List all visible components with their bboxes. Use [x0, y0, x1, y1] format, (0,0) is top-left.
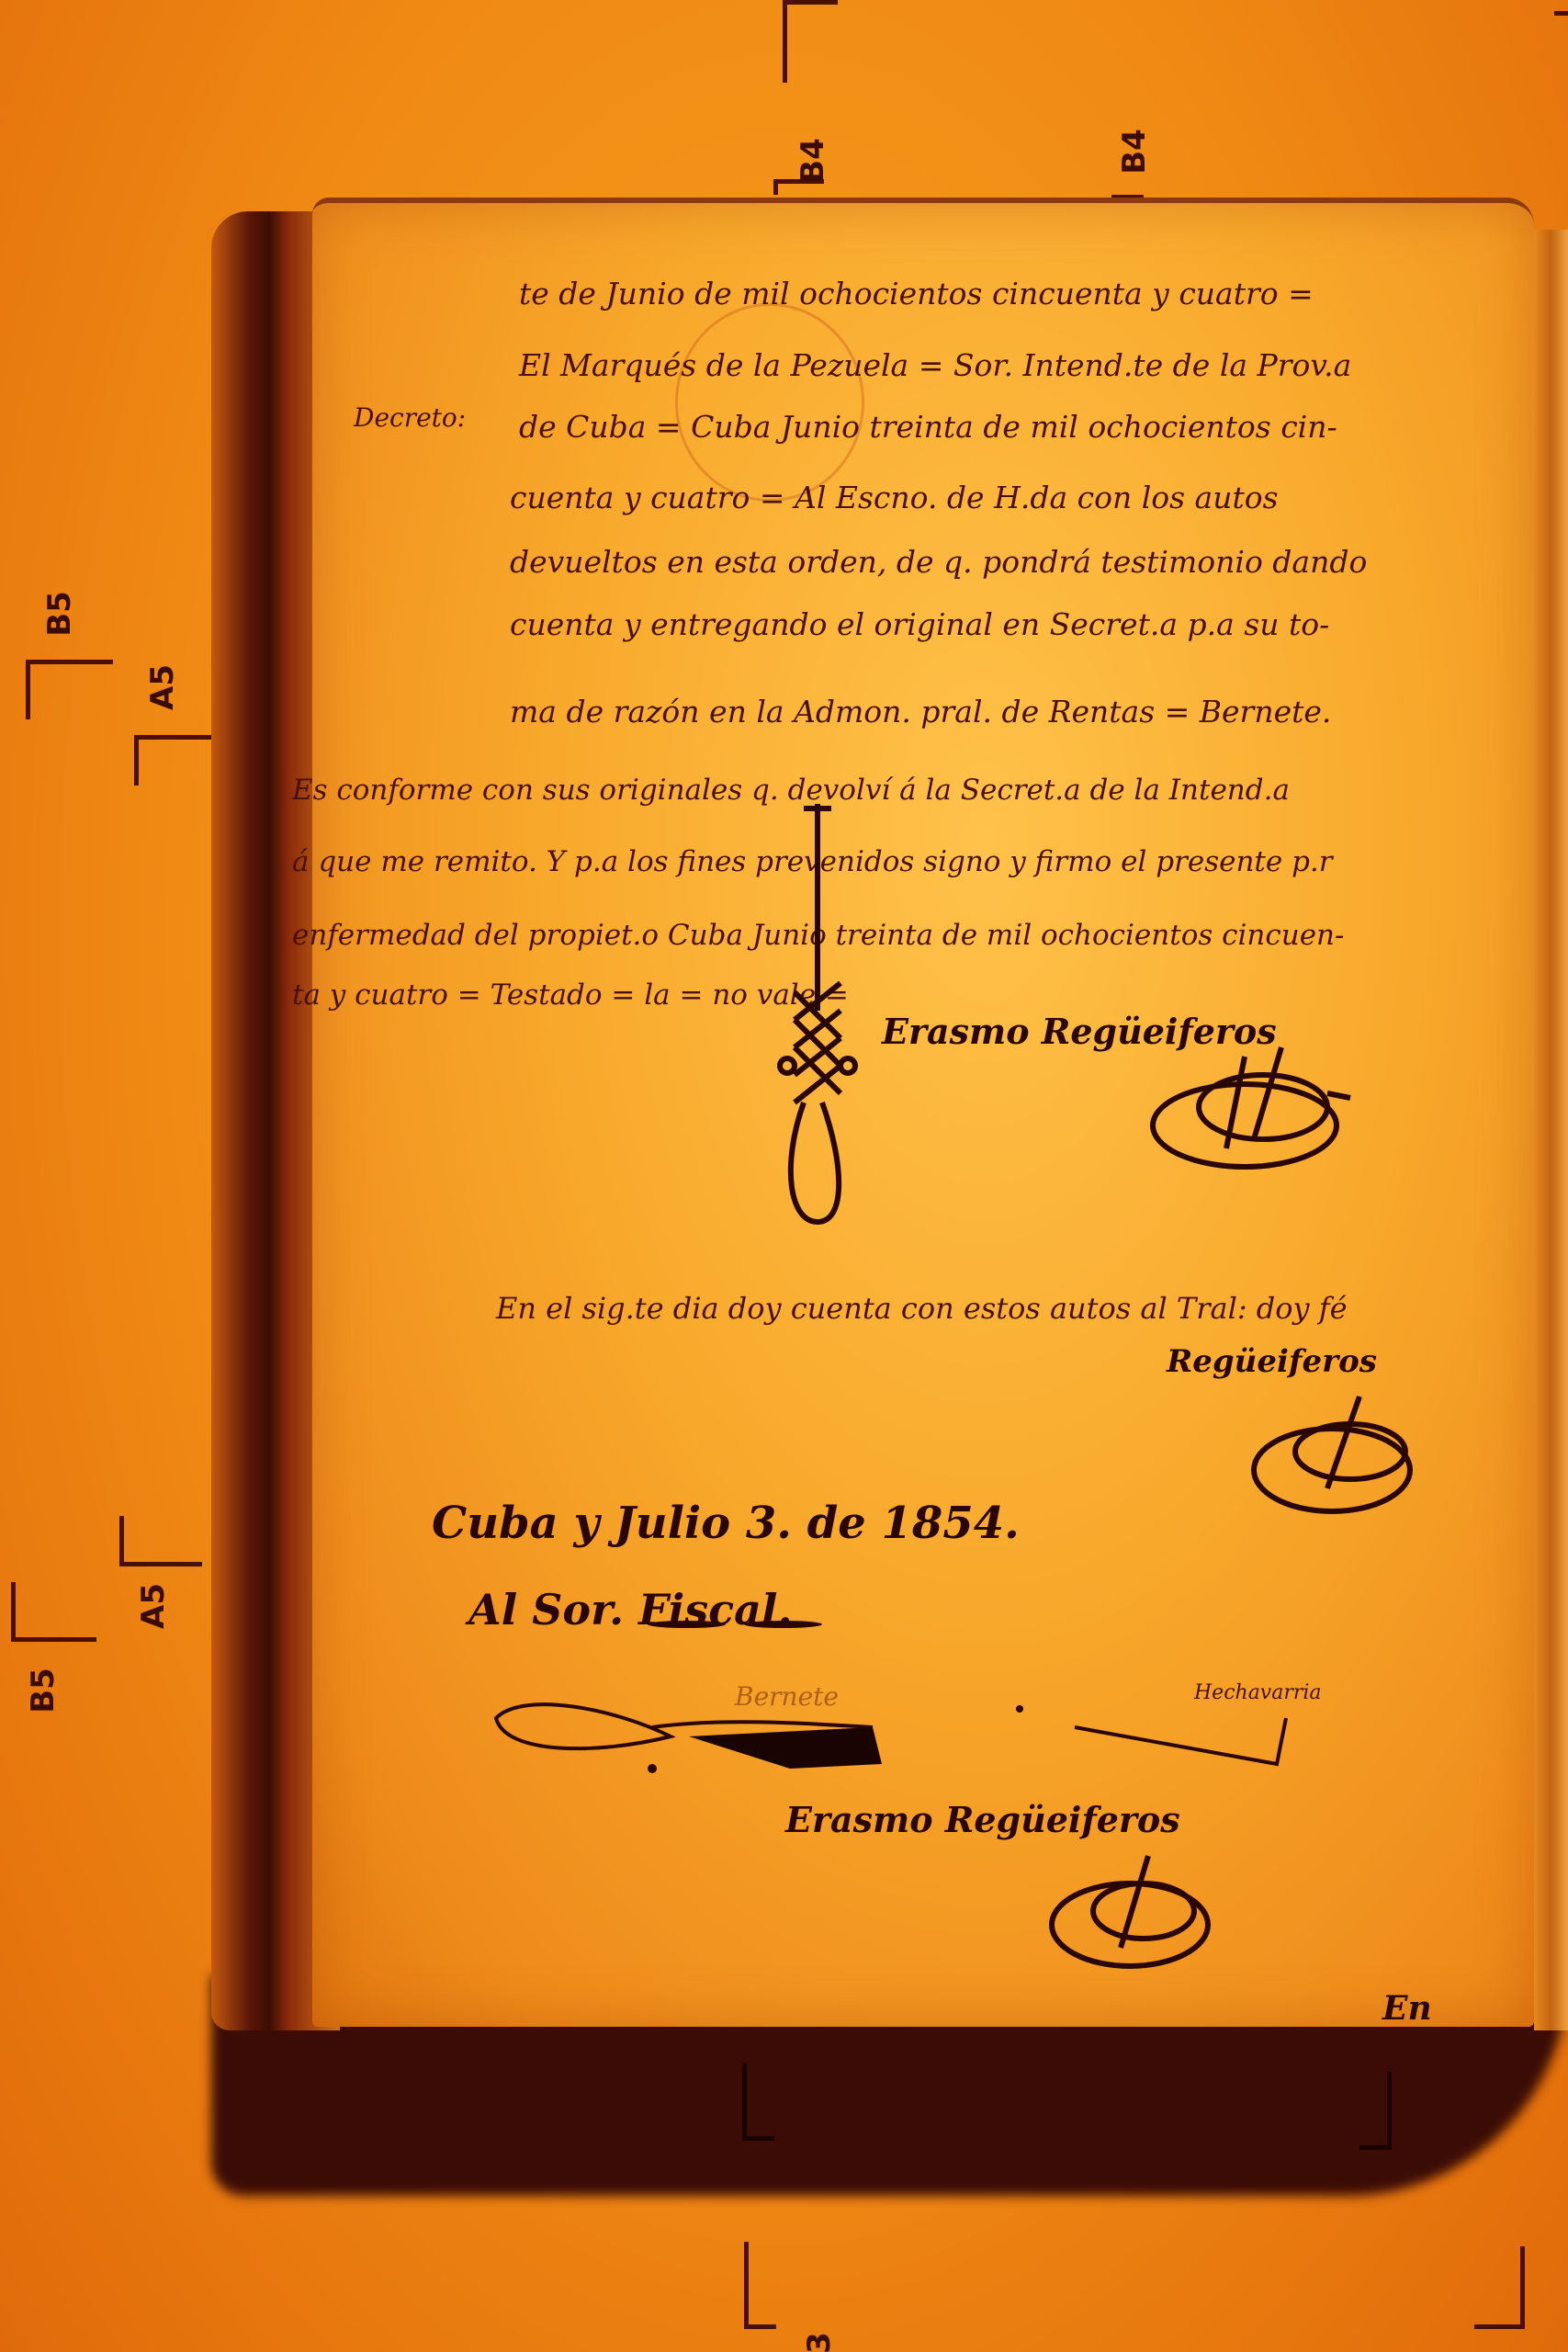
crop-mark-bottom-right-2 — [1474, 2246, 1525, 2329]
notarial-sign-icon — [776, 799, 859, 1231]
body-line-2: El Marqués de la Pezuela = Sor. Intend.t… — [519, 347, 1351, 383]
catchword: En — [1382, 1989, 1432, 2028]
decree-dash-1 — [648, 1621, 726, 1628]
signature-3-name: Erasmo Regüeiferos — [785, 1799, 1180, 1840]
body-line-7: ma de razón en la Admon. pral. de Rentas… — [510, 694, 1331, 729]
signature-2-flourish-icon — [1240, 1387, 1451, 1516]
crop-label-left-b5-lower: B5 — [25, 1668, 62, 1713]
cert-line-4: ta y cuatro = Testado = la = no vale = — [292, 978, 849, 1012]
crop-label-left-a5-upper: A5 — [144, 664, 181, 710]
seal-stamp — [675, 303, 864, 502]
diligence-line: En el sig.te dia doy cuenta con estos au… — [496, 1291, 1348, 1326]
crop-label-top-right: B4 — [1116, 129, 1153, 175]
crop-label-left-a5-lower: A5 — [135, 1583, 172, 1629]
crop-label-top-left: B4 — [795, 138, 831, 184]
decree-addressee: Al Sor. Fiscal. — [468, 1585, 792, 1634]
signature-2-name: Regüeiferos — [1167, 1343, 1377, 1380]
crop-label-bottom: 3 — [801, 2332, 838, 2352]
crop-mark-top — [783, 0, 838, 83]
ink-flourish-icon — [487, 1690, 1405, 1801]
crop-mark-left-b5-lower — [11, 1582, 96, 1642]
decree-dash-2 — [744, 1621, 822, 1628]
signature-1-flourish-icon — [1144, 1038, 1382, 1176]
crop-mark-bottom-left-2 — [744, 2242, 776, 2329]
body-line-3: de Cuba = Cuba Junio treinta de mil ocho… — [519, 409, 1337, 445]
page-edge — [1534, 230, 1568, 2030]
crop-mark-left-b5-upper — [26, 660, 113, 719]
body-line-4: cuenta y cuatro = Al Escno. de H.da con … — [510, 480, 1279, 515]
crop-mark-left-a5-upper — [134, 735, 220, 786]
crop-mark-bottom-right-1 — [1359, 2072, 1392, 2150]
crop-label-left-b5-upper: B5 — [41, 591, 78, 637]
body-line-1: te de Junio de mil ochocientos cincuenta… — [519, 276, 1314, 311]
body-line-5: devueltos en esta orden, de q. pondrá te… — [510, 544, 1367, 580]
signature-3-flourish-icon — [1038, 1847, 1249, 1975]
body-line-6: cuenta y entregando el original en Secre… — [510, 606, 1329, 642]
decree-date-line: Cuba y Julio 3. de 1854. — [432, 1498, 1020, 1549]
crop-mark-left-a5-lower — [119, 1516, 202, 1566]
margin-note: Decreto: — [354, 402, 466, 433]
crop-mark-top-right-edge — [1554, 11, 1568, 17]
crop-mark-bottom-left-1 — [742, 2063, 774, 2141]
